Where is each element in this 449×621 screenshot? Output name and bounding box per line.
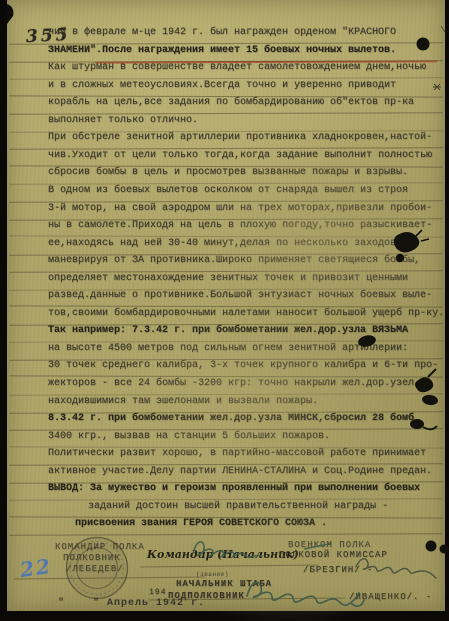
typed-line: тов,своими бомбардировочными налетами на… [7,308,445,321]
typed-line: находившимися там эшелонами и вызвали по… [7,396,445,409]
typed-line: чив.Уходит от цели только тогда,когда за… [7,150,445,163]
typed-line: 30 точек среднего калибра, 3-х точек кру… [7,360,445,373]
typed-line: ЗНАМЕНИ".После награждения имеет 15 боев… [7,45,445,58]
commissar-name: /БРЕЗГИН/ - [303,565,373,575]
margin-number-blue: 22 [18,554,53,582]
typed-line: активное участие.Делу партии ЛЕНИНА-СТАЛ… [7,466,445,479]
form-label-commander: Командир (Начальник) [147,548,299,561]
typed-line: корабль на цель,все задания по бомбардир… [7,97,445,110]
typed-line: ВЫВОД: За мужество и героизм проявленный… [7,483,445,496]
typed-line: присвоения звания ГЕРОЯ СОВЕТСКОГО СОЮЗА… [7,518,445,531]
staff-year-prefix: 194 [149,588,166,597]
typed-line: маневрируя от ЗА противника.Широко приме… [7,255,445,268]
typed-line: на высоте 4500 метров под сильным огнем … [7,343,445,356]
commissar-rank: ПОЛКОВОЙ КОМИССАР [279,550,388,560]
commander-name: /ЛЕБЕДЕВ/ [66,564,124,574]
typed-line: ее,находясь над ней 30-40 минут,делая по… [7,238,445,251]
commander-title: КОМАНДИР ПОЛКА [55,542,145,552]
document-content: 355 ний в феврале м-це 1942 г. был награ… [0,0,449,621]
typed-line: выполняет только отлично. [7,115,445,128]
typed-line: сбросив бомбы в цель и просмотрев вызван… [7,167,445,180]
corner-shadow [7,4,13,24]
typed-line: При обстреле зенитной артиллерии противн… [7,132,445,145]
typed-line: Как штурман в совершенстве владеет самол… [7,62,445,75]
typed-line: и в сложных метеоусловиях.Всегда точно и… [7,80,445,93]
rank-caption: (звание) [196,571,229,578]
staff-title: НАЧАЛЬНИК ШТАБА [176,579,272,589]
typed-line: ны в самолете.Приходя на цель в плохую п… [7,220,445,233]
typed-line: В одном из боевых вылетов осколком от сн… [7,185,445,198]
typed-line: развед.данные о противнике.Большой энтуз… [7,290,445,303]
commander-rank: ПОЛКОВНИК [63,553,121,563]
staff-name: /ИВАЩЕНКО/. - [349,592,432,602]
typed-line: определяет местонахождение зенитных точе… [7,273,445,286]
scanned-document: 355 ний в феврале м-це 1942 г. был награ… [0,0,449,621]
typed-line: Политически развит хорошо, в партийно-ма… [7,448,445,461]
typed-line: 3400 кгр., вызвав на станции 5 больших п… [7,431,445,444]
commissar-title: ВОЕНКОМ ПОЛКА [288,540,371,550]
typed-line: Так например: 7.3.42 г. при бомбометании… [7,325,445,338]
typed-line: ний в феврале м-це 1942 г. был награжден… [7,27,445,40]
typed-line: 3-й мотор, на свой аэродром шли на трех … [7,203,445,216]
typed-line: заданий достоин высшей правительственной… [7,501,445,514]
typed-line: жекторов - все 24 бомбы -3200 кгр: точно… [7,378,445,391]
typed-line: 8.3.42 г. при бомбометании жел.дор.узла … [7,413,445,426]
date-line: " " Апрель 1942 г. [58,598,205,609]
